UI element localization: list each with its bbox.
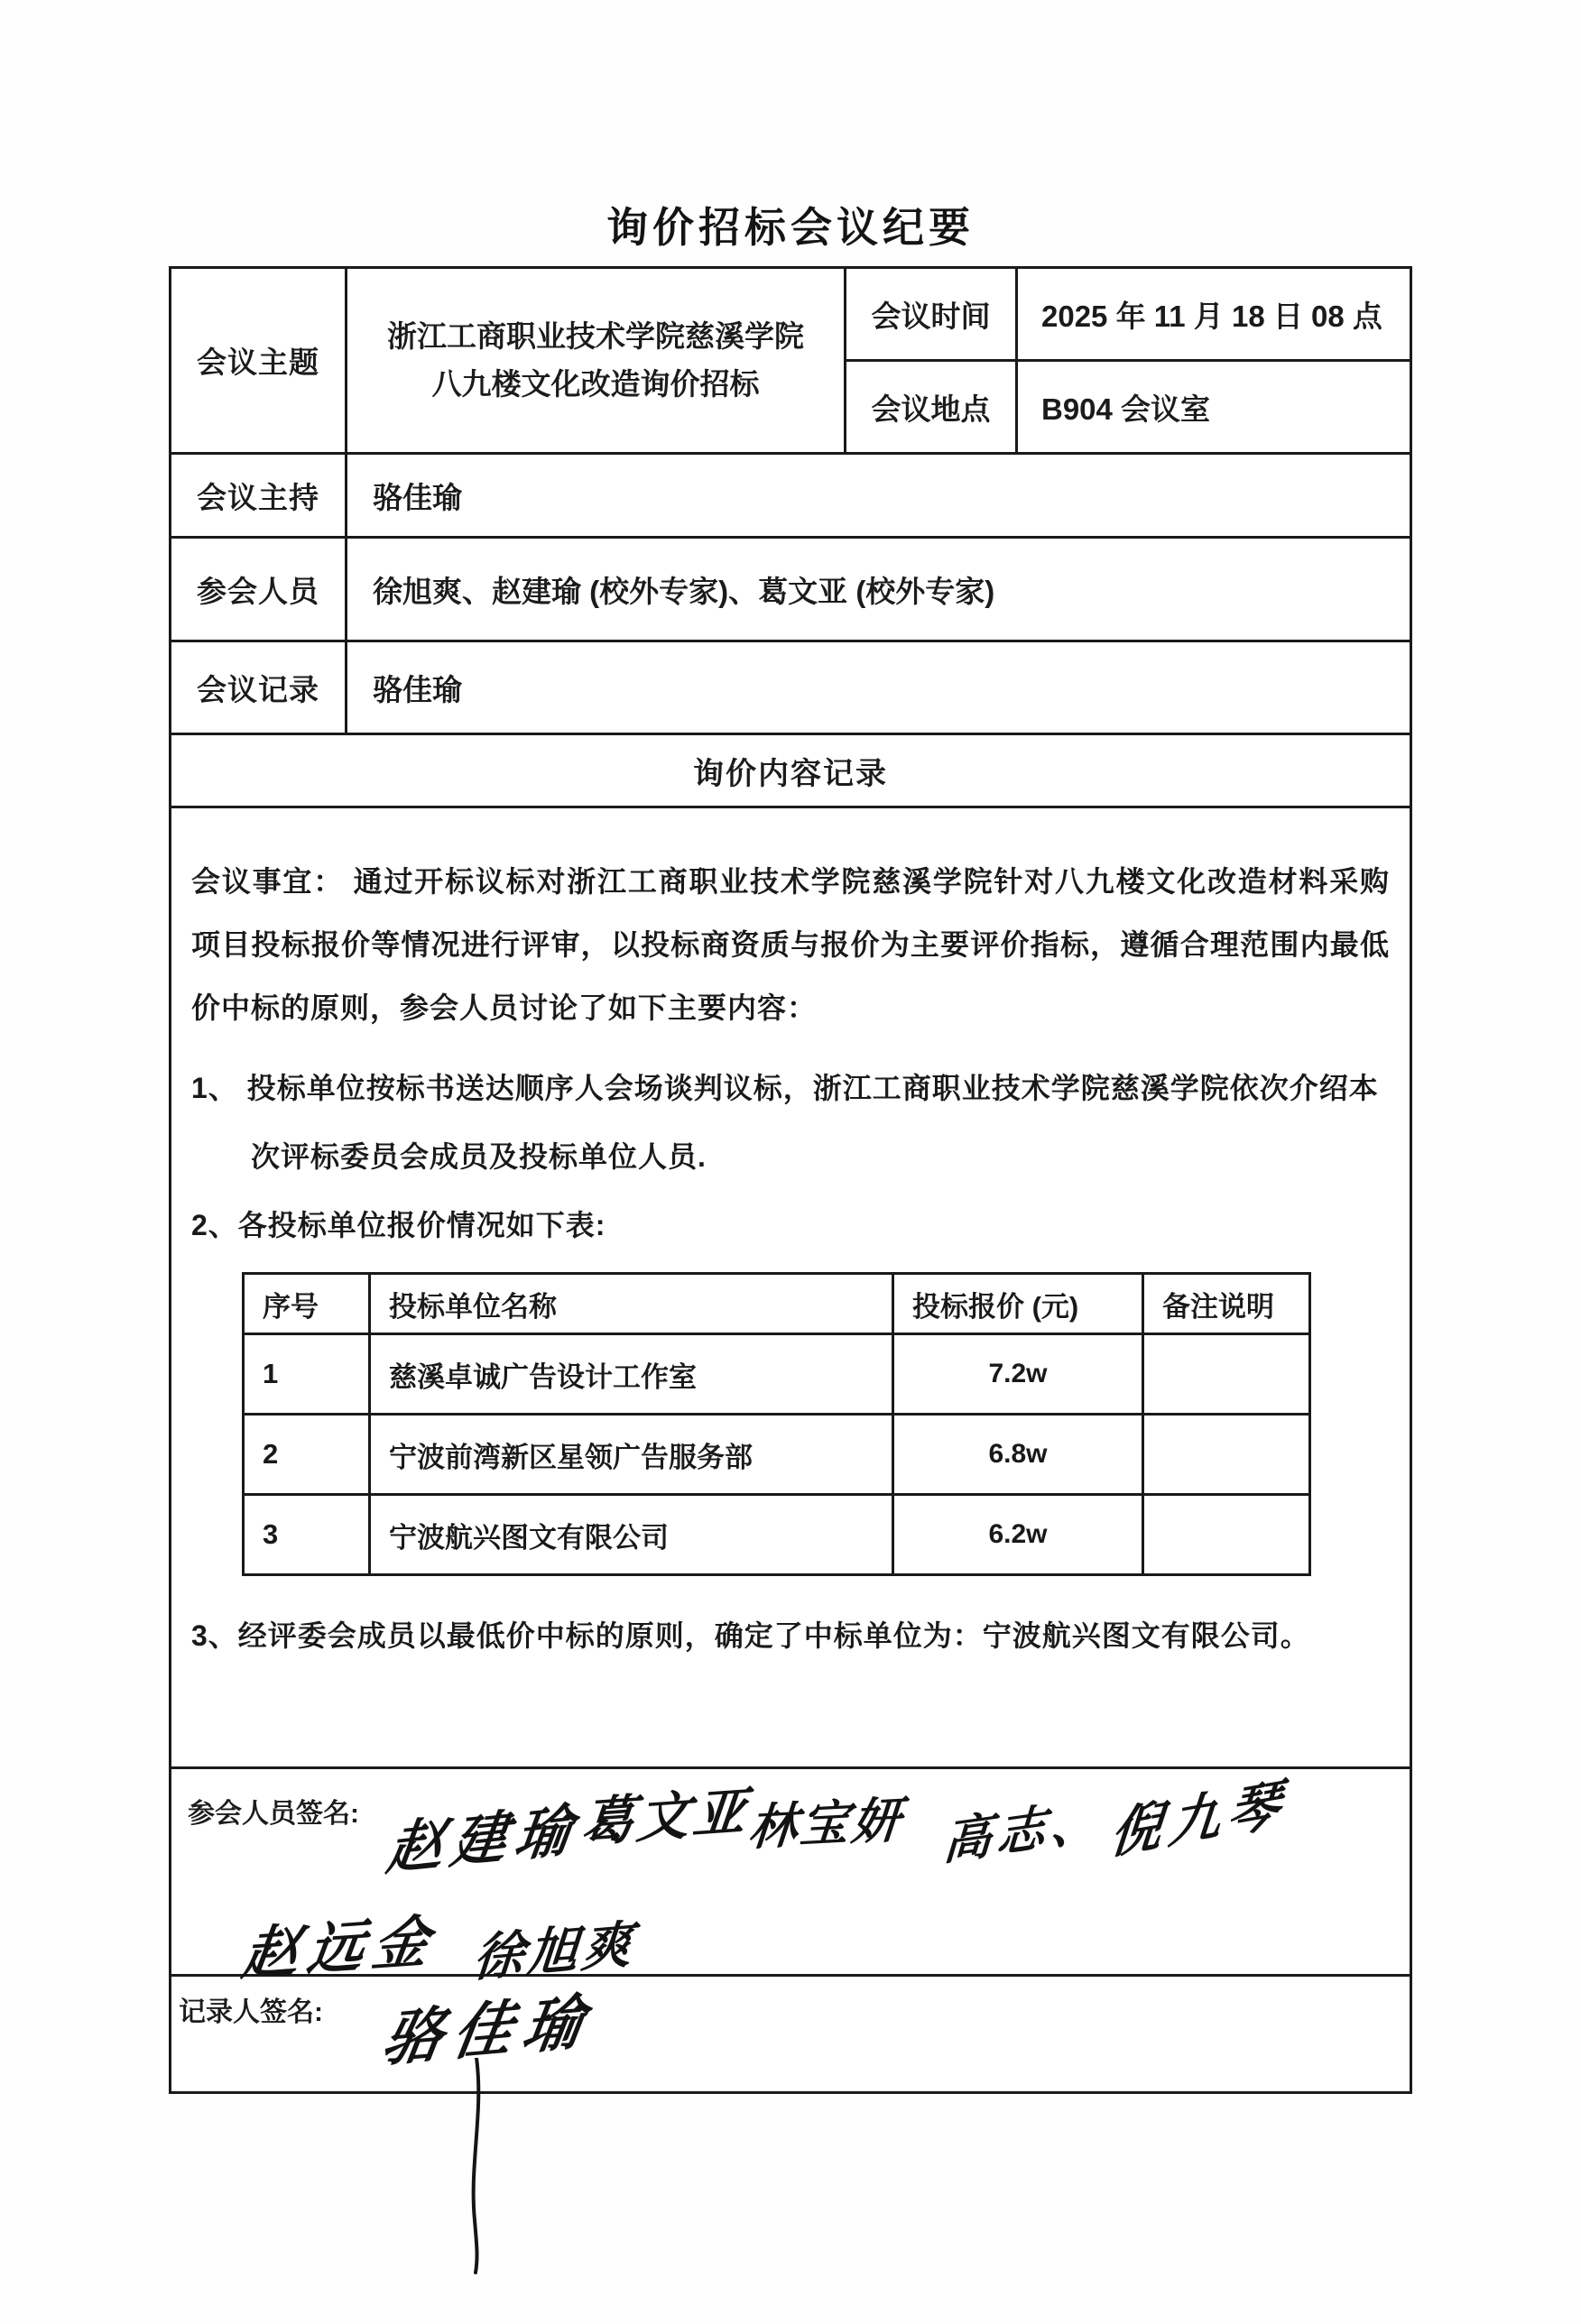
row-host: 会议主持 骆佳瑜 [171, 455, 1410, 539]
table-row: 2 宁波前湾新区星领广告服务部 6.8w [245, 1416, 1308, 1496]
bid-header-price: 投标报价 (元) [894, 1275, 1144, 1333]
document-page: 询价招标会议纪要 会议主题 浙江工商职业技术学院慈溪学院 八九楼文化改造询价招标… [0, 0, 1581, 2324]
row-place: 会议地点 B904 会议室 [846, 362, 1410, 452]
topic-label: 会议主题 [171, 269, 347, 452]
row-topic: 会议主题 浙江工商职业技术学院慈溪学院 八九楼文化改造询价招标 会议时间 202… [171, 269, 1410, 455]
content-item-2: 2、各投标单位报价情况如下表: [191, 1191, 1390, 1259]
time-value: 2025 年 11 月 18 日 08 点 [1018, 269, 1410, 359]
bid-row-note [1144, 1335, 1308, 1413]
host-value: 骆佳瑜 [347, 455, 1410, 536]
attendees-value: 徐旭爽、赵建瑜 (校外专家)、葛文亚 (校外专家) [347, 539, 1410, 640]
meeting-minutes-table: 会议主题 浙江工商职业技术学院慈溪学院 八九楼文化改造询价招标 会议时间 202… [169, 266, 1412, 2094]
bid-row-name: 宁波航兴图文有限公司 [371, 1496, 894, 1573]
signature-handwritten: 倪九琴 [1107, 1759, 1291, 1868]
recorder-signature-label: 记录人签名: [179, 1997, 323, 2027]
time-label: 会议时间 [846, 269, 1018, 359]
row-time: 会议时间 2025 年 11 月 18 日 08 点 [846, 269, 1410, 362]
time-place-column: 会议时间 2025 年 11 月 18 日 08 点 会议地点 B904 会议室 [846, 269, 1410, 452]
bid-header-note: 备注说明 [1144, 1275, 1308, 1333]
bid-row-no: 1 [245, 1335, 371, 1413]
signature-tail-stroke [442, 2058, 514, 2274]
topic-line2: 八九楼文化改造询价招标 [432, 361, 760, 409]
row-recorder: 会议记录 骆佳瑜 [171, 642, 1410, 735]
place-label: 会议地点 [846, 362, 1018, 452]
bid-row-no: 2 [245, 1416, 371, 1493]
meeting-matter-paragraph: 会议事宜： 通过开标议标对浙江工商职业技术学院慈溪学院针对八九楼文化改造材料采购… [191, 850, 1390, 1039]
bid-price-table: 序号 投标单位名称 投标报价 (元) 备注说明 1 慈溪卓诚广告设计工作室 7.… [242, 1272, 1311, 1576]
bid-header-no: 序号 [245, 1275, 371, 1333]
bid-row-note [1144, 1496, 1308, 1573]
content-item-1: 1、 投标单位按标书送达顺序人会场谈判议标，浙江工商职业技术学院慈溪学院依次介绍… [191, 1054, 1390, 1191]
attendee-signatures-row: 参会人员签名: 赵建瑜 葛文亚 林宝妍 高志、 倪九琴 赵远金 徐旭爽 [171, 1769, 1410, 1977]
host-label: 会议主持 [171, 455, 347, 536]
bid-row-price: 6.8w [894, 1416, 1144, 1493]
topic-value: 浙江工商职业技术学院慈溪学院 八九楼文化改造询价招标 [347, 269, 846, 452]
attendee-signatures-label: 参会人员签名: [188, 1799, 359, 1829]
recorder-signature-row: 记录人签名: 骆佳瑜 [171, 1977, 1410, 2091]
content-item-3: 3、经评委会成员以最低价中标的原则，确定了中标单位为：宁波航兴图文有限公司。 [191, 1601, 1390, 1670]
content-area: 会议事宜： 通过开标议标对浙江工商职业技术学院慈溪学院针对八九楼文化改造材料采购… [171, 808, 1410, 1769]
row-attendees: 参会人员 徐旭爽、赵建瑜 (校外专家)、葛文亚 (校外专家) [171, 539, 1410, 642]
topic-line1: 浙江工商职业技术学院慈溪学院 [387, 313, 804, 361]
signature-handwritten: 骆佳瑜 [377, 1972, 601, 2078]
bid-row-name: 慈溪卓诚广告设计工作室 [371, 1335, 894, 1413]
bid-table-header-row: 序号 投标单位名称 投标报价 (元) 备注说明 [245, 1275, 1308, 1335]
signature-handwritten: 林宝妍 [746, 1781, 907, 1858]
recorder-label: 会议记录 [171, 642, 347, 733]
signature-handwritten: 葛文亚 [578, 1768, 754, 1857]
bid-row-note [1144, 1416, 1308, 1493]
recorder-value: 骆佳瑜 [347, 642, 1410, 733]
bid-row-price: 7.2w [894, 1335, 1144, 1413]
bid-row-name: 宁波前湾新区星领广告服务部 [371, 1416, 894, 1493]
signature-handwritten: 高志、 [941, 1781, 1107, 1875]
attendees-label: 参会人员 [171, 539, 347, 640]
table-row: 1 慈溪卓诚广告设计工作室 7.2w [245, 1335, 1308, 1416]
signature-handwritten: 赵建瑜 [383, 1784, 586, 1886]
table-row: 3 宁波航兴图文有限公司 6.2w [245, 1496, 1308, 1573]
bid-row-no: 3 [245, 1496, 371, 1573]
section-header: 询价内容记录 [171, 735, 1410, 808]
place-value: B904 会议室 [1018, 362, 1410, 452]
page-title: 询价招标会议纪要 [169, 195, 1412, 254]
bid-row-price: 6.2w [894, 1496, 1144, 1573]
bid-header-name: 投标单位名称 [371, 1275, 894, 1333]
